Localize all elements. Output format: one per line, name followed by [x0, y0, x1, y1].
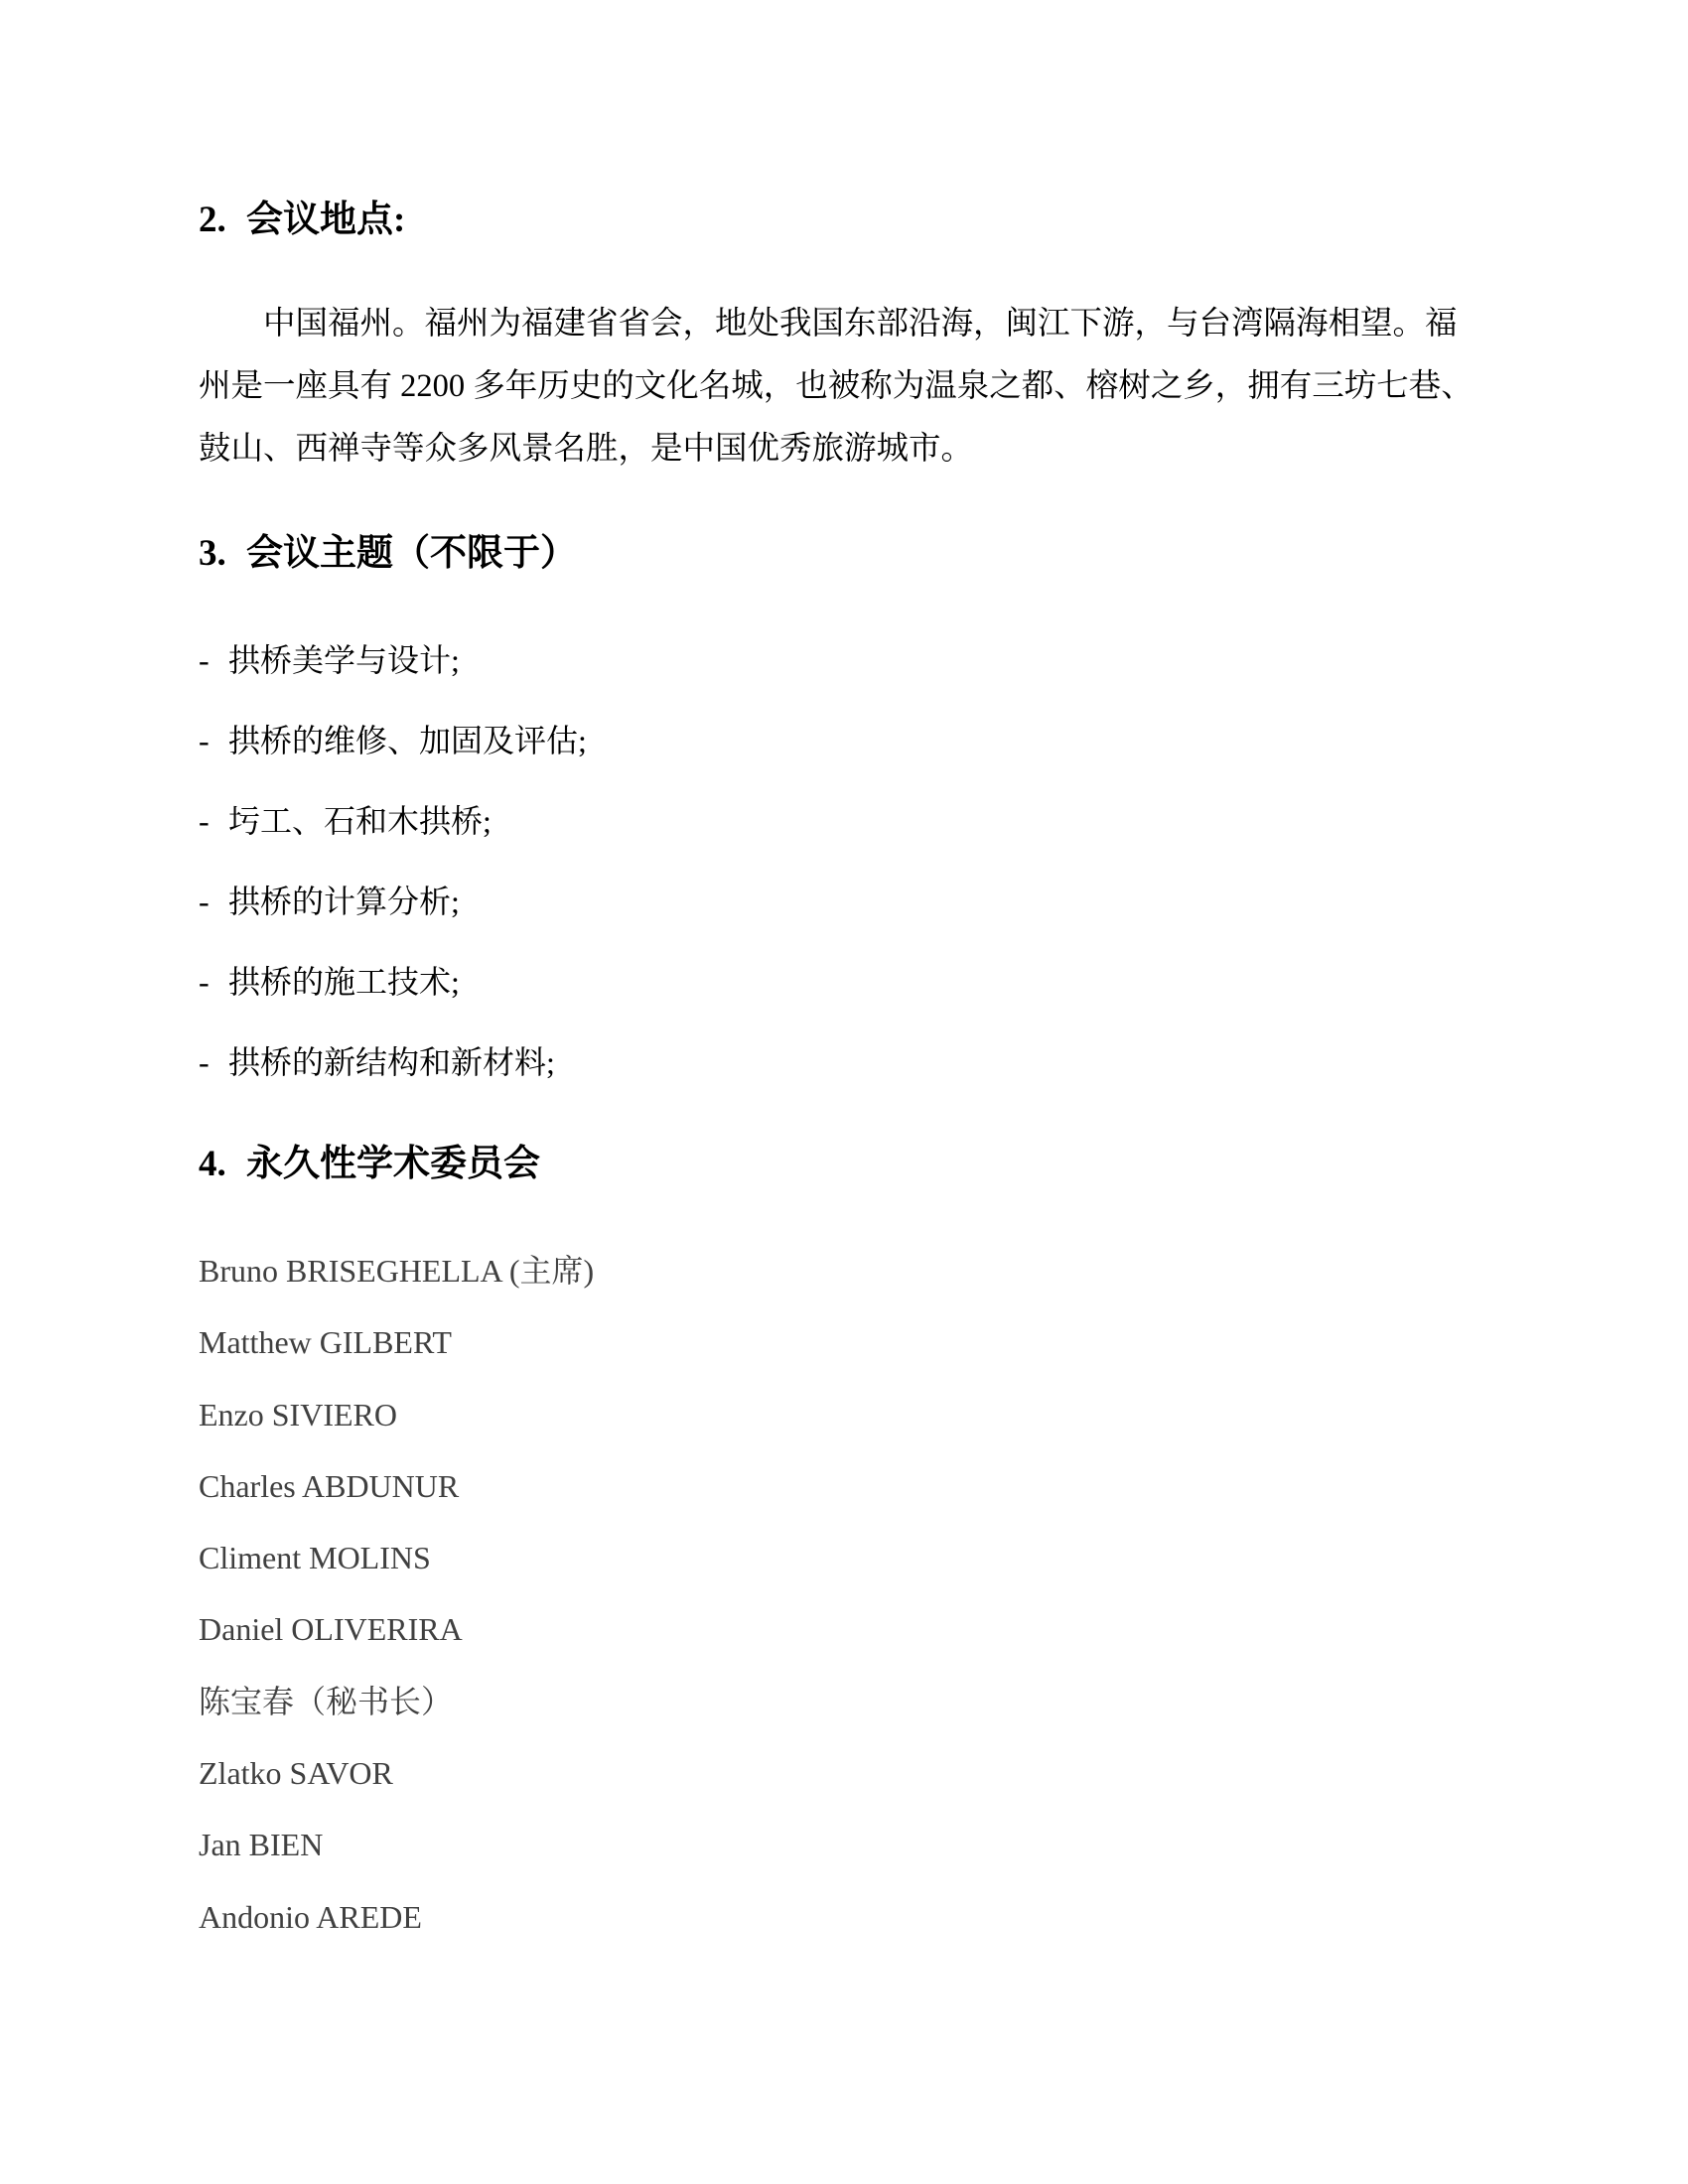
- topics-list: - 拱桥美学与设计; - 拱桥的维修、加固及评估; - 圬工、石和木拱桥; - …: [199, 635, 587, 1118]
- committee-member: Andonio AREDE: [199, 1892, 594, 1964]
- topic-item: - 圬工、石和木拱桥;: [199, 796, 587, 877]
- committee-member: Climent MOLINS: [199, 1533, 594, 1604]
- bullet-dash: -: [199, 635, 228, 685]
- topic-text: 拱桥的维修、加固及评估;: [228, 716, 587, 765]
- committee-member: Matthew GILBERT: [199, 1317, 594, 1389]
- topic-item: - 拱桥的新结构和新材料;: [199, 1037, 587, 1118]
- committee-member: 陈宝春（秘书长）: [199, 1677, 594, 1748]
- topic-text: 拱桥的新结构和新材料;: [228, 1037, 555, 1087]
- topic-text: 拱桥的施工技术;: [228, 957, 460, 1007]
- committee-member: Zlatko SAVOR: [199, 1748, 594, 1820]
- section-title: 永久性学术委员会: [246, 1144, 540, 1184]
- section-title: 会议主题（不限于）: [246, 533, 577, 574]
- topic-text: 圬工、石和木拱桥;: [228, 796, 492, 846]
- section-title: 会议地点:: [246, 200, 405, 240]
- topic-item: - 拱桥的计算分析;: [199, 877, 587, 957]
- committee-member: Charles ABDUNUR: [199, 1461, 594, 1533]
- topic-item: - 拱桥的维修、加固及评估;: [199, 716, 587, 796]
- committee-member: Daniel OLIVERIRA: [199, 1604, 594, 1676]
- paragraph-line: 中国福州。福州为福建省省会，地处我国东部沿海，闽江下游，与台湾隔海相望。福: [199, 293, 1489, 355]
- committee-member: Jan BIEN: [199, 1820, 594, 1891]
- bullet-dash: -: [199, 1037, 228, 1087]
- section-heading-committee: 4.永久性学术委员会: [199, 1143, 540, 1186]
- topic-item: - 拱桥的施工技术;: [199, 957, 587, 1037]
- topic-text: 拱桥的计算分析;: [228, 877, 460, 926]
- section-heading-topics: 3.会议主题（不限于）: [199, 532, 577, 576]
- committee-member: Enzo SIVIERO: [199, 1390, 594, 1461]
- bullet-dash: -: [199, 877, 228, 926]
- topic-text: 拱桥美学与设计;: [228, 635, 460, 685]
- section-number: 3.: [199, 532, 246, 576]
- section-number: 2.: [199, 199, 246, 242]
- document-page: 2.会议地点: 中国福州。福州为福建省省会，地处我国东部沿海，闽江下游，与台湾隔…: [0, 0, 1688, 2184]
- committee-member: Bruno BRISEGHELLA (主席): [199, 1246, 594, 1317]
- bullet-dash: -: [199, 957, 228, 1007]
- committee-members-list: Bruno BRISEGHELLA (主席) Matthew GILBERT E…: [199, 1246, 594, 1964]
- location-paragraph: 中国福州。福州为福建省省会，地处我国东部沿海，闽江下游，与台湾隔海相望。福 州是…: [199, 293, 1489, 480]
- paragraph-line: 州是一座具有 2200 多年历史的文化名城，也被称为温泉之都、榕树之乡，拥有三坊…: [199, 355, 1489, 418]
- section-number: 4.: [199, 1143, 246, 1186]
- bullet-dash: -: [199, 796, 228, 846]
- topic-item: - 拱桥美学与设计;: [199, 635, 587, 716]
- section-heading-location: 2.会议地点:: [199, 199, 405, 242]
- bullet-dash: -: [199, 716, 228, 765]
- paragraph-line: 鼓山、西禅寺等众多风景名胜，是中国优秀旅游城市。: [199, 418, 1489, 480]
